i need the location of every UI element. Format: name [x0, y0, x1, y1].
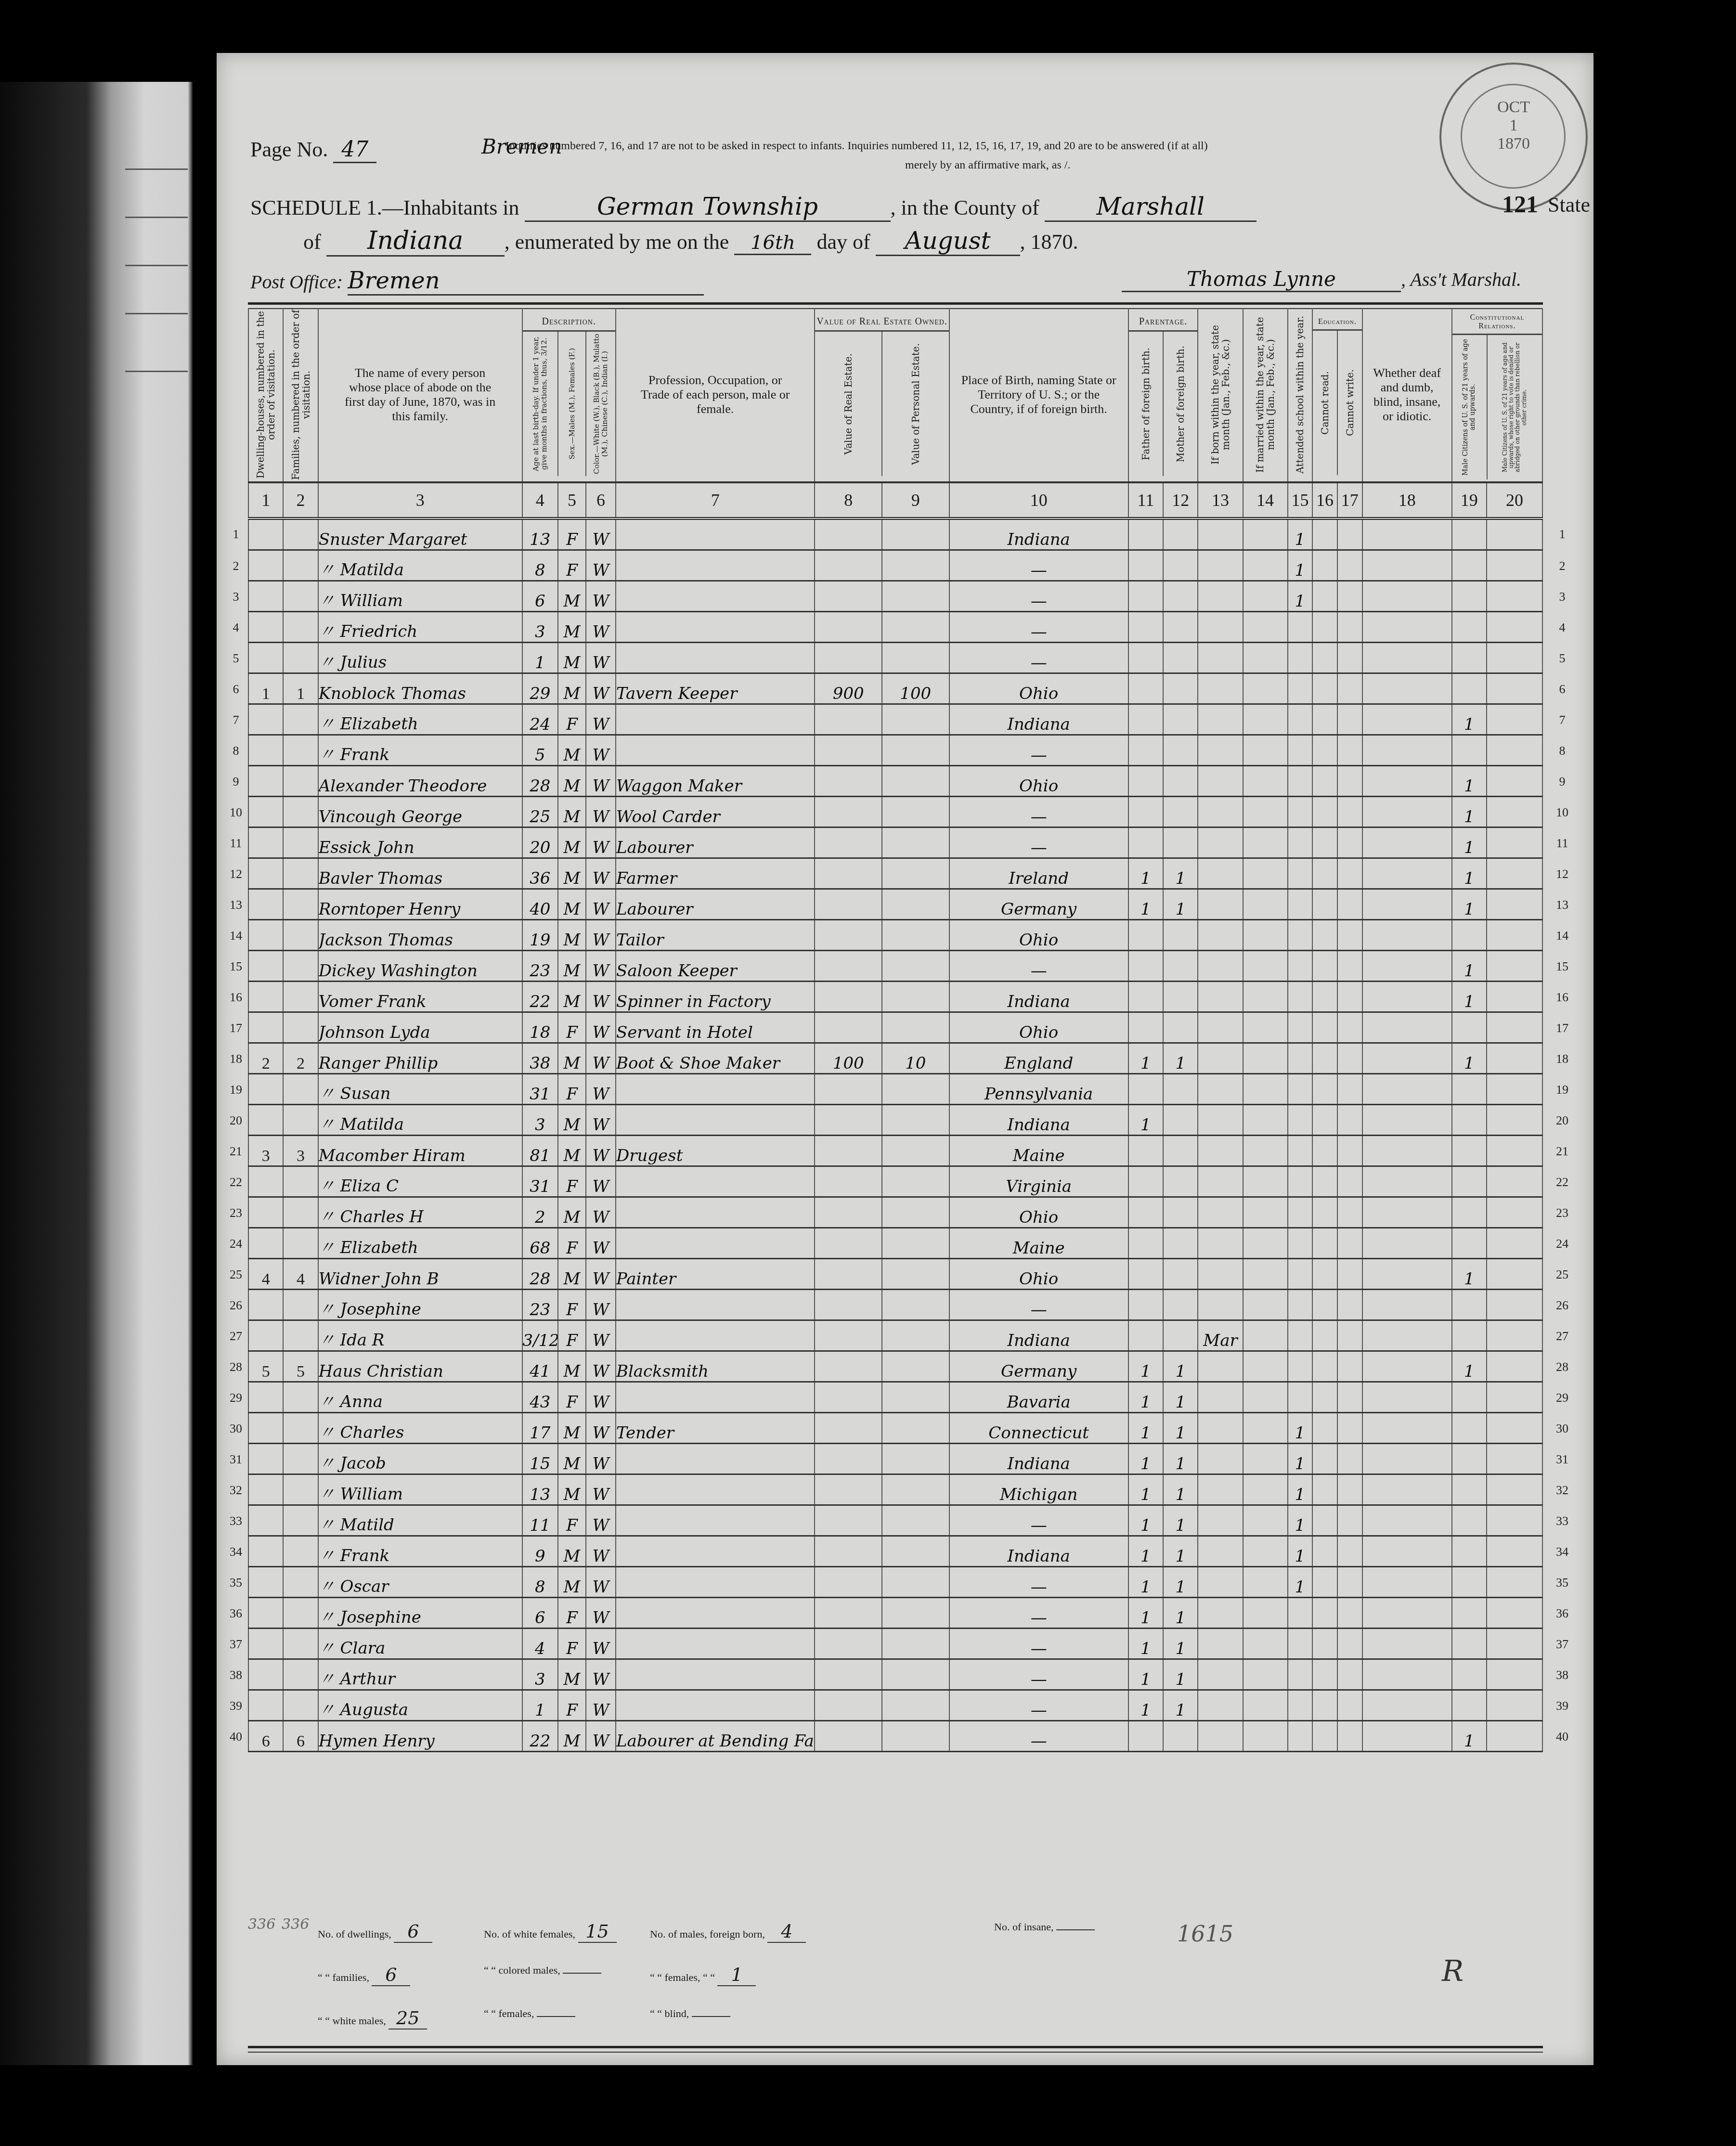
color: W [586, 704, 616, 735]
disability [1362, 1598, 1452, 1629]
sex: M [558, 1043, 586, 1074]
line-number: 28 [1553, 1360, 1572, 1374]
attended-school [1288, 1320, 1313, 1351]
col-header-married-month: If married within the year, state month … [1243, 308, 1288, 482]
born-month [1198, 643, 1243, 673]
disability [1362, 1444, 1452, 1474]
born-month [1198, 1413, 1243, 1444]
personal-estate-value [882, 1166, 949, 1197]
sex: M [558, 827, 586, 858]
age: 1 [522, 1690, 558, 1721]
attended-school: 1 [1288, 1444, 1313, 1474]
insane-count: No. of insane, [994, 1921, 1095, 1933]
mother-foreign [1163, 982, 1198, 1012]
occupation: Spinner in Factory [616, 982, 815, 1012]
color: W [586, 858, 616, 889]
real-estate-value [815, 766, 882, 797]
age: 25 [522, 797, 558, 827]
disability [1362, 982, 1452, 1012]
father-foreign [1128, 612, 1163, 643]
cannot-read [1312, 673, 1337, 704]
birthplace: Indiana [949, 704, 1128, 735]
male-citizen [1452, 1382, 1487, 1413]
line-number: 10 [1553, 805, 1572, 820]
person-name: Bavler Thomas [318, 858, 522, 889]
occupation [616, 1290, 815, 1320]
dwelling-number [248, 1290, 283, 1320]
person-name: Dickey Washington [318, 951, 522, 982]
personal-estate-value [882, 1351, 949, 1382]
age: 9 [522, 1536, 558, 1567]
born-month [1198, 1259, 1243, 1290]
line-number: 5 [226, 651, 246, 666]
bottom-rule [248, 2046, 1543, 2048]
line-number: 34 [226, 1545, 246, 1559]
dwelling-number [248, 951, 283, 982]
sex: F [558, 1598, 586, 1629]
real-estate-value [815, 1474, 882, 1505]
attended-school [1288, 673, 1313, 704]
real-estate-value [815, 1105, 882, 1136]
family-number: 2 [283, 1043, 318, 1074]
family-number [283, 1505, 318, 1536]
vote-denied [1487, 1074, 1542, 1105]
real-estate-value: 100 [815, 1043, 882, 1074]
age: 5 [522, 735, 558, 766]
birthplace: — [949, 1690, 1128, 1721]
occupation [616, 1105, 815, 1136]
column-numbers: 1234567891011121314151617181920 [248, 482, 1542, 518]
table-row: 〃 Julius1MW— [248, 643, 1542, 673]
occupation [616, 1474, 815, 1505]
personal-estate-value [882, 1659, 949, 1690]
sex: M [558, 1413, 586, 1444]
col-header-school: Attended school within the year. [1288, 308, 1313, 482]
father-foreign: 1 [1128, 1505, 1163, 1536]
father-foreign [1128, 1074, 1163, 1105]
attended-school [1288, 1259, 1313, 1290]
sex: M [558, 1197, 586, 1228]
born-month [1198, 550, 1243, 581]
father-foreign [1128, 1136, 1163, 1166]
person-name: 〃 Anna [318, 1382, 522, 1413]
col-header-disability: Whether deaf and dumb, blind, insane, or… [1362, 308, 1452, 482]
state-field: Indiana [326, 226, 505, 257]
married-month [1243, 1320, 1288, 1351]
married-month [1243, 1505, 1288, 1536]
married-month [1243, 1290, 1288, 1320]
dwelling-number [248, 1197, 283, 1228]
mother-foreign [1163, 1012, 1198, 1043]
line-number: 13 [1553, 898, 1572, 912]
line-number: 23 [1553, 1206, 1572, 1220]
occupation: Tender [616, 1413, 815, 1444]
mother-foreign [1163, 1197, 1198, 1228]
father-foreign: 1 [1128, 1043, 1163, 1074]
occupation: Drugest [616, 1136, 815, 1166]
attended-school [1288, 1690, 1313, 1721]
real-estate-value [815, 889, 882, 920]
attended-school [1288, 704, 1313, 735]
married-month [1243, 1351, 1288, 1382]
cannot-write [1337, 581, 1362, 612]
line-number: 16 [1553, 990, 1572, 1005]
color: W [586, 673, 616, 704]
cannot-write [1337, 518, 1362, 550]
disability [1362, 1105, 1452, 1136]
attended-school [1288, 766, 1313, 797]
cannot-write [1337, 889, 1362, 920]
line-number: 14 [226, 929, 246, 943]
birthplace: Ireland [949, 858, 1128, 889]
real-estate-value [815, 704, 882, 735]
birthplace: — [949, 1505, 1128, 1536]
tally-mark: 1615 [1177, 1921, 1233, 1947]
line-number: 31 [226, 1452, 246, 1467]
age: 24 [522, 704, 558, 735]
cannot-read [1312, 920, 1337, 951]
post-office-field: Bremen [348, 267, 704, 296]
color: W [586, 1413, 616, 1444]
real-estate-value [815, 1444, 882, 1474]
mother-foreign: 1 [1163, 1629, 1198, 1659]
person-name: 〃 Eliza C [318, 1166, 522, 1197]
age: 15 [522, 1444, 558, 1474]
age: 22 [522, 982, 558, 1012]
personal-estate-value [882, 1197, 949, 1228]
personal-estate-value [882, 1690, 949, 1721]
real-estate-value [815, 1012, 882, 1043]
color: W [586, 920, 616, 951]
age: 2 [522, 1197, 558, 1228]
cannot-write [1337, 1228, 1362, 1259]
vote-denied [1487, 1043, 1542, 1074]
foreign-males-count: No. of males, foreign born, 4 [650, 1921, 806, 1943]
color: W [586, 518, 616, 550]
vote-denied [1487, 735, 1542, 766]
schedule-line: SCHEDULE 1.—Inhabitants in German Townsh… [250, 193, 1257, 222]
color: W [586, 1659, 616, 1690]
birthplace: Ohio [949, 766, 1128, 797]
family-number [283, 550, 318, 581]
male-citizen [1452, 1228, 1487, 1259]
table-row: Vincough George25MWWool Carder—1 [248, 797, 1542, 827]
dwelling-number [248, 1320, 283, 1351]
occupation [616, 704, 815, 735]
line-number: 34 [1553, 1545, 1572, 1559]
married-month [1243, 1659, 1288, 1690]
father-foreign [1128, 1228, 1163, 1259]
disability [1362, 735, 1452, 766]
cannot-write [1337, 1690, 1362, 1721]
cannot-read [1312, 1382, 1337, 1413]
disability [1362, 1382, 1452, 1413]
birthplace: Maine [949, 1228, 1128, 1259]
occupation [616, 550, 815, 581]
born-month [1198, 951, 1243, 982]
dwelling-number [248, 518, 283, 550]
personal-estate-value [882, 612, 949, 643]
line-number: 16 [226, 990, 246, 1005]
line-number: 33 [226, 1514, 246, 1528]
father-foreign [1128, 1259, 1163, 1290]
attended-school [1288, 1351, 1313, 1382]
cannot-read [1312, 581, 1337, 612]
married-month [1243, 581, 1288, 612]
cannot-write [1337, 673, 1362, 704]
family-number [283, 735, 318, 766]
cannot-read [1312, 643, 1337, 673]
vote-denied [1487, 982, 1542, 1012]
occupation [616, 643, 815, 673]
family-number [283, 1320, 318, 1351]
birthplace: Indiana [949, 1105, 1128, 1136]
township-field: German Township [525, 193, 891, 222]
married-month [1243, 1474, 1288, 1505]
family-number [283, 1382, 318, 1413]
cannot-read [1312, 1444, 1337, 1474]
line-number: 20 [226, 1113, 246, 1128]
dwelling-number [248, 550, 283, 581]
cannot-write [1337, 550, 1362, 581]
family-number [283, 643, 318, 673]
male-citizen: 1 [1452, 951, 1487, 982]
age: 31 [522, 1074, 558, 1105]
vote-denied [1487, 1474, 1542, 1505]
col-header-occupation: Profession, Occupation, or Trade of each… [616, 308, 815, 482]
disability [1362, 704, 1452, 735]
age: 11 [522, 1505, 558, 1536]
color: W [586, 1012, 616, 1043]
cannot-read [1312, 1228, 1337, 1259]
color: W [586, 951, 616, 982]
sex: M [558, 951, 586, 982]
occupation: Tavern Keeper [616, 673, 815, 704]
male-citizen [1452, 1444, 1487, 1474]
cannot-write [1337, 797, 1362, 827]
line-number: 35 [226, 1576, 246, 1590]
cannot-write [1337, 1505, 1362, 1536]
table-row: 〃 Josephine6FW—11 [248, 1598, 1542, 1629]
stamp-number: 121 [1502, 190, 1538, 218]
census-table: Dwelling-houses, numbered in the order o… [248, 308, 1543, 1752]
personal-estate-value [882, 1567, 949, 1598]
disability [1362, 1505, 1452, 1536]
line-number: 22 [1553, 1175, 1572, 1189]
born-month: Mar [1198, 1320, 1243, 1351]
table-row: 〃 Matilda3MWIndiana1 [248, 1105, 1542, 1136]
born-month [1198, 581, 1243, 612]
cannot-read [1312, 612, 1337, 643]
occupation [616, 518, 815, 550]
mother-foreign [1163, 827, 1198, 858]
mother-foreign [1163, 704, 1198, 735]
real-estate-value [815, 643, 882, 673]
person-name: Johnson Lyda [318, 1012, 522, 1043]
father-foreign: 1 [1128, 1690, 1163, 1721]
personal-estate-value [882, 797, 949, 827]
attended-school [1288, 1197, 1313, 1228]
father-foreign: 1 [1128, 1413, 1163, 1444]
mother-foreign [1163, 673, 1198, 704]
birthplace: Indiana [949, 518, 1128, 550]
cannot-read [1312, 858, 1337, 889]
line-number: 1 [1553, 527, 1572, 542]
cannot-write [1337, 1197, 1362, 1228]
real-estate-value [815, 1136, 882, 1166]
cannot-read [1312, 1012, 1337, 1043]
cannot-read [1312, 1629, 1337, 1659]
occupation [616, 581, 815, 612]
age: 6 [522, 581, 558, 612]
line-number: 11 [226, 836, 246, 851]
line-number: 29 [226, 1391, 246, 1405]
line-number: 25 [1553, 1267, 1572, 1282]
dwelling-number [248, 704, 283, 735]
disability [1362, 827, 1452, 858]
father-foreign: 1 [1128, 1382, 1163, 1413]
dwelling-number: 4 [248, 1259, 283, 1290]
family-number [283, 1290, 318, 1320]
cannot-write [1337, 1659, 1362, 1690]
marshal-signature: Thomas Lynne [1122, 267, 1401, 292]
birthplace: — [949, 581, 1128, 612]
personal-estate-value [882, 1598, 949, 1629]
male-citizen [1452, 1659, 1487, 1690]
line-number: 22 [226, 1175, 246, 1189]
line-number: 12 [226, 867, 246, 881]
post-office-line: Post Office: Bremen [250, 267, 704, 296]
attended-school [1288, 735, 1313, 766]
father-foreign: 1 [1128, 1351, 1163, 1382]
table-row: Snuster Margaret13FWIndiana1 [248, 518, 1542, 550]
line-number: 38 [1553, 1668, 1572, 1682]
attended-school: 1 [1288, 1505, 1313, 1536]
family-number [283, 518, 318, 550]
line-number: 36 [226, 1606, 246, 1621]
sex: M [558, 1659, 586, 1690]
family-number [283, 1474, 318, 1505]
sex: M [558, 920, 586, 951]
colored-males-count: “ “ colored males, [484, 1964, 601, 1977]
state-label: State [1548, 193, 1590, 217]
color: W [586, 1629, 616, 1659]
table-row: 66Hymen Henry22MWLabourer at Bending Fac… [248, 1721, 1542, 1752]
attended-school: 1 [1288, 1413, 1313, 1444]
disability [1362, 1197, 1452, 1228]
table-row: 〃 Matild11FW—111 [248, 1505, 1542, 1536]
dwelling-number [248, 827, 283, 858]
mother-foreign: 1 [1163, 1474, 1198, 1505]
cannot-read [1312, 1474, 1337, 1505]
disability [1362, 1136, 1452, 1166]
birthplace: — [949, 1598, 1128, 1629]
color: W [586, 1166, 616, 1197]
line-number: 37 [1553, 1637, 1572, 1652]
disability [1362, 673, 1452, 704]
vote-denied [1487, 704, 1542, 735]
male-citizen [1452, 1290, 1487, 1320]
occupation: Blacksmith [616, 1351, 815, 1382]
age: 28 [522, 766, 558, 797]
real-estate-value [815, 1351, 882, 1382]
person-name: 〃 Matilda [318, 550, 522, 581]
disability [1362, 518, 1452, 550]
personal-estate-value: 10 [882, 1043, 949, 1074]
father-foreign: 1 [1128, 1567, 1163, 1598]
dwelling-number [248, 1382, 283, 1413]
occupation: Waggon Maker [616, 766, 815, 797]
family-number [283, 1598, 318, 1629]
person-name: 〃 Oscar [318, 1567, 522, 1598]
person-name: 〃 William [318, 581, 522, 612]
real-estate-value [815, 827, 882, 858]
table-row: 〃 Charles H2MWOhio [248, 1197, 1542, 1228]
sex: F [558, 1320, 586, 1351]
mother-foreign: 1 [1163, 1444, 1198, 1474]
line-number: 3 [226, 590, 246, 604]
disability [1362, 1166, 1452, 1197]
birthplace: — [949, 643, 1128, 673]
cannot-read [1312, 1074, 1337, 1105]
dwelling-number: 6 [248, 1721, 283, 1752]
born-month [1198, 1074, 1243, 1105]
male-citizen: 1 [1452, 704, 1487, 735]
born-month [1198, 982, 1243, 1012]
dwelling-number [248, 1074, 283, 1105]
cannot-write [1337, 1136, 1362, 1166]
father-foreign [1128, 643, 1163, 673]
line-number: 30 [226, 1422, 246, 1436]
father-foreign [1128, 1012, 1163, 1043]
table-row: Rorntoper Henry40MWLabourerGermany111 [248, 889, 1542, 920]
dwelling-number [248, 1166, 283, 1197]
married-month [1243, 982, 1288, 1012]
personal-estate-value [882, 889, 949, 920]
families-count: “ “ families, 6 [318, 1964, 410, 1986]
sex: M [558, 1444, 586, 1474]
male-citizen: 1 [1452, 1721, 1487, 1752]
table-row: 22Ranger Phillip38MWBoot & Shoe Maker100… [248, 1043, 1542, 1074]
mother-foreign: 1 [1163, 1659, 1198, 1690]
cannot-write [1337, 766, 1362, 797]
real-estate-value [815, 1228, 882, 1259]
color: W [586, 1351, 616, 1382]
born-month [1198, 1290, 1243, 1320]
col-header-born-month: If born within the year, state month (Ja… [1198, 308, 1243, 482]
married-month [1243, 1444, 1288, 1474]
age: 68 [522, 1228, 558, 1259]
table-row: 〃 Elizabeth24FWIndiana1 [248, 704, 1542, 735]
color: W [586, 735, 616, 766]
mother-foreign [1163, 766, 1198, 797]
born-month [1198, 1659, 1243, 1690]
occupation [616, 1598, 815, 1629]
color: W [586, 1382, 616, 1413]
month-field: August [876, 227, 1020, 256]
age: 36 [522, 858, 558, 889]
cannot-write [1337, 1074, 1362, 1105]
table-row: 〃 Charles17MWTenderConnecticut111 [248, 1413, 1542, 1444]
age: 28 [522, 1259, 558, 1290]
vote-denied [1487, 889, 1542, 920]
married-month [1243, 1136, 1288, 1166]
sex: M [558, 982, 586, 1012]
line-number: 6 [226, 682, 246, 697]
father-foreign [1128, 982, 1163, 1012]
vote-denied [1487, 1721, 1542, 1752]
father-foreign [1128, 1320, 1163, 1351]
